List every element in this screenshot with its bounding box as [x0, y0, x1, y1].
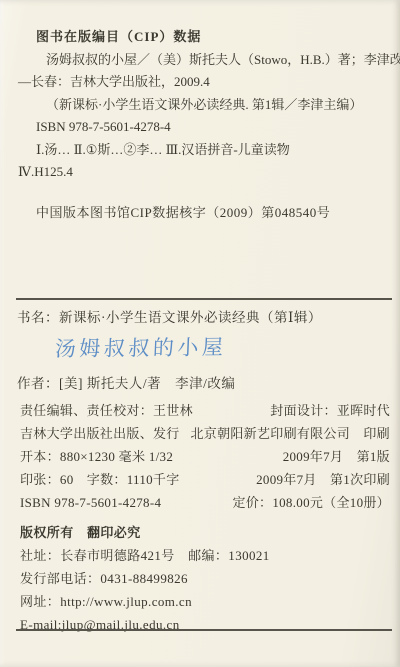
- pub-printer: 北京朝阳新艺印刷有限公司 印刷: [190, 422, 390, 445]
- copyright-page: 图书在版编目（CIP）数据 汤姆叔叔的小屋／（美）斯托夫人（Stowo，H.B.…: [0, 0, 400, 667]
- publisher-phone: 发行部电话：0431-88499826: [20, 567, 390, 590]
- cip-origin-line: —长春：吉林大学出版社，2009.4: [18, 71, 394, 94]
- footer-block: 版权所有 翻印必究 社址：长春市明德路421号 邮编：130021 发行部电话：…: [20, 521, 390, 636]
- divider-top: [16, 298, 392, 300]
- pub-publisher: 吉林大学出版社出版、发行: [20, 422, 180, 445]
- author-label: 作者：: [17, 376, 59, 391]
- book-title-label: 书名：: [17, 310, 59, 325]
- publication-row: 开本：880×1230 毫米 1/32 2009年7月 第1版: [20, 445, 390, 468]
- pub-format: 开本：880×1230 毫米 1/32: [20, 445, 173, 468]
- publisher-website: 网址：http://www.jlup.com.cn: [20, 590, 390, 613]
- publisher-email: E-mail:jlup@mail.jlu.edu.cn: [20, 613, 390, 636]
- pub-edition: 2009年7月 第1版: [283, 445, 390, 468]
- cip-block: 图书在版编目（CIP）数据 汤姆叔叔的小屋／（美）斯托夫人（Stowo，H.B.…: [20, 26, 394, 224]
- publication-block: 责任编辑、责任校对：王世林 封面设计：亚晖时代 吉林大学出版社出版、发行 北京朝…: [20, 399, 390, 514]
- author-value: [美] 斯托夫人/著 李津/改编: [59, 376, 235, 391]
- cip-isbn: ISBN 978-7-5601-4278-4: [20, 116, 394, 139]
- publisher-address: 社址：长春市明德路421号 邮编：130021: [20, 544, 390, 567]
- book-info-block: 书名：新课标·小学生语文课外必读经典（第Ⅰ辑） 汤姆叔叔的小屋 作者：[美] 斯…: [17, 306, 394, 392]
- pub-editor: 责任编辑、责任校对：王世林: [20, 399, 193, 422]
- publication-row: 印张：60 字数：1110千字 2009年7月 第1次印刷: [20, 468, 390, 491]
- cip-classification-line2: Ⅳ.H125.4: [18, 161, 394, 184]
- pub-sheets-wordcount: 印张：60 字数：1110千字: [20, 468, 180, 491]
- pub-cover-design: 封面设计：亚晖时代: [270, 399, 390, 422]
- divider-bottom: [16, 629, 392, 631]
- handwritten-book-title: 汤姆叔叔的小屋: [54, 331, 227, 363]
- copyright-notice: 版权所有 翻印必究: [20, 521, 390, 544]
- cip-entry-line: 汤姆叔叔的小屋／（美）斯托夫人（Stowo，H.B.）著；李津改编.: [20, 49, 394, 72]
- author-row: 作者：[美] 斯托夫人/著 李津/改编: [17, 372, 394, 392]
- pub-printing: 2009年7月 第1次印刷: [256, 468, 390, 491]
- cip-classification-line1: Ⅰ.汤… Ⅱ.①斯…②李… Ⅲ.汉语拼音-儿童读物: [20, 139, 394, 162]
- book-title-row: 书名：新课标·小学生语文课外必读经典（第Ⅰ辑）: [17, 306, 394, 326]
- publication-row: 吉林大学出版社出版、发行 北京朝阳新艺印刷有限公司 印刷: [20, 422, 390, 445]
- cip-series-line: （新课标·小学生语文课外必读经典. 第1辑／李津主编）: [20, 94, 394, 117]
- cip-registry-number: 中国版本图书馆CIP数据核字（2009）第048540号: [20, 202, 394, 225]
- pub-price: 定价：108.00元（全10册）: [232, 491, 390, 514]
- series-title: 新课标·小学生语文课外必读经典（第Ⅰ辑）: [59, 310, 322, 325]
- publication-row: ISBN 978-7-5601-4278-4 定价：108.00元（全10册）: [20, 491, 390, 514]
- pub-isbn: ISBN 978-7-5601-4278-4: [20, 491, 161, 514]
- cip-heading: 图书在版编目（CIP）数据: [20, 26, 394, 49]
- publication-row: 责任编辑、责任校对：王世林 封面设计：亚晖时代: [20, 399, 390, 422]
